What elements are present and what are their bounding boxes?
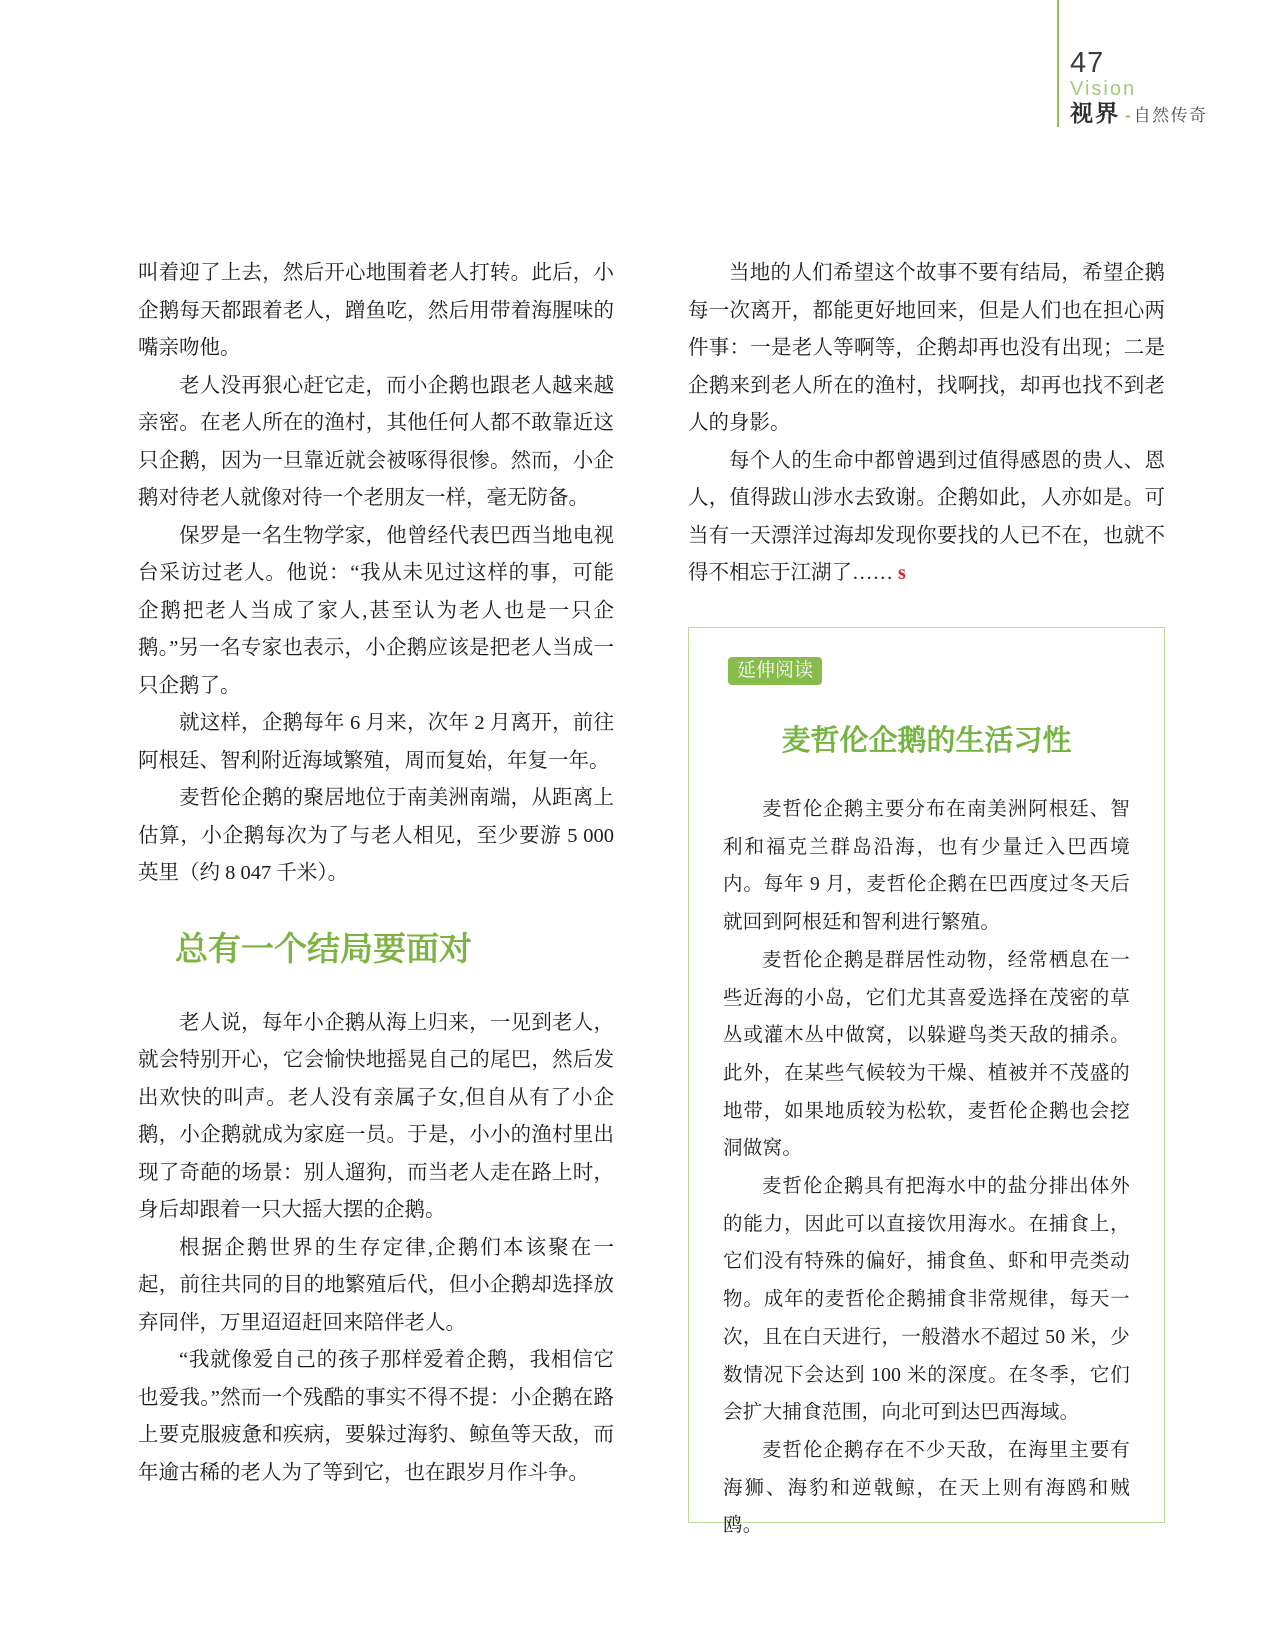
page-header: 47 Vision 视界-自然传奇 xyxy=(1057,0,1267,127)
box-title: 麦哲伦企鹅的生活习性 xyxy=(689,721,1164,761)
section-heading: 总有一个结局要面对 xyxy=(175,929,614,969)
box-paragraph: 麦哲伦企鹅具有把海水中的盐分排出体外的能力，因此可以直接饮用海水。在捕食上，它们… xyxy=(723,1168,1130,1432)
article-paragraph: 根据企鹅世界的生存定律,企鹅们本该聚在一起，前往共同的目的地繁殖后代，但小企鹅却… xyxy=(138,1230,614,1343)
page-number: 47 xyxy=(1070,48,1267,78)
article-paragraph: “我就像爱自己的孩子那样爱着企鹅，我相信它也爱我。”然而一个残酷的事实不得不提：… xyxy=(138,1342,614,1492)
article-paragraph: 叫着迎了上去，然后开心地围着老人打转。此后，小企鹅每天都跟着老人，蹭鱼吃，然后用… xyxy=(138,255,614,368)
box-paragraph: 麦哲伦企鹅主要分布在南美洲阿根廷、智利和福克兰群岛沿海，也有少量迁入巴西境内。每… xyxy=(723,791,1130,942)
article-paragraph: 老人说，每年小企鹅从海上归来，一见到老人，就会特别开心，它会愉快地摇晃自己的尾巴… xyxy=(138,1005,614,1230)
box-paragraph: 麦哲伦企鹅存在不少天敌，在海里主要有海狮、海豹和逆戟鲸，在天上则有海鸥和贼鸥。 xyxy=(723,1432,1130,1545)
article-paragraph: 每个人的生命中都曾遇到过值得感恩的贵人、恩人，值得跋山涉水去致谢。企鹅如此，人亦… xyxy=(688,443,1165,593)
extended-reading-box: 延伸阅读 麦哲伦企鹅的生活习性 麦哲伦企鹅主要分布在南美洲阿根廷、智利和福克兰群… xyxy=(688,627,1165,1523)
article-paragraph-text: 每个人的生命中都曾遇到过值得感恩的贵人、恩人，值得跋山涉水去致谢。企鹅如此，人亦… xyxy=(688,450,1165,585)
box-body: 麦哲伦企鹅主要分布在南美洲阿根廷、智利和福克兰群岛沿海，也有少量迁入巴西境内。每… xyxy=(723,791,1130,1545)
extended-reading-badge: 延伸阅读 xyxy=(728,657,822,685)
article-paragraph: 麦哲伦企鹅的聚居地位于南美洲南端，从距离上估算，小企鹅每次为了与老人相见，至少要… xyxy=(138,780,614,893)
section-dash: - xyxy=(1125,106,1131,125)
section-title-row: 视界-自然传奇 xyxy=(1070,100,1267,130)
section-name-en: Vision xyxy=(1070,78,1267,100)
right-column: 当地的人们希望这个故事不要有结局，希望企鹅每一次离开，都能更好地回来，但是人们也… xyxy=(688,255,1165,593)
article-paragraph: 保罗是一名生物学家，他曾经代表巴西当地电视台采访过老人。他说：“我从未见过这样的… xyxy=(138,518,614,706)
article-paragraph: 就这样，企鹅每年 6 月来，次年 2 月离开，前往阿根廷、智利附近海域繁殖，周而… xyxy=(138,705,614,780)
section-subtitle: 自然传奇 xyxy=(1134,106,1208,125)
magazine-page: 47 Vision 视界-自然传奇 叫着迎了上去，然后开心地围着老人打转。此后，… xyxy=(0,0,1270,1642)
section-name-cn: 视界 xyxy=(1070,100,1120,126)
article-paragraph: 老人没再狠心赶它走，而小企鹅也跟老人越来越亲密。在老人所在的渔村，其他任何人都不… xyxy=(138,368,614,518)
left-column: 叫着迎了上去，然后开心地围着老人打转。此后，小企鹅每天都跟着老人，蹭鱼吃，然后用… xyxy=(138,255,614,1492)
article-paragraph: 当地的人们希望这个故事不要有结局，希望企鹅每一次离开，都能更好地回来，但是人们也… xyxy=(688,255,1165,443)
box-paragraph: 麦哲伦企鹅是群居性动物，经常栖息在一些近海的小岛，它们尤其喜爱选择在茂密的草丛或… xyxy=(723,942,1130,1168)
article-end-icon: s xyxy=(898,562,906,584)
